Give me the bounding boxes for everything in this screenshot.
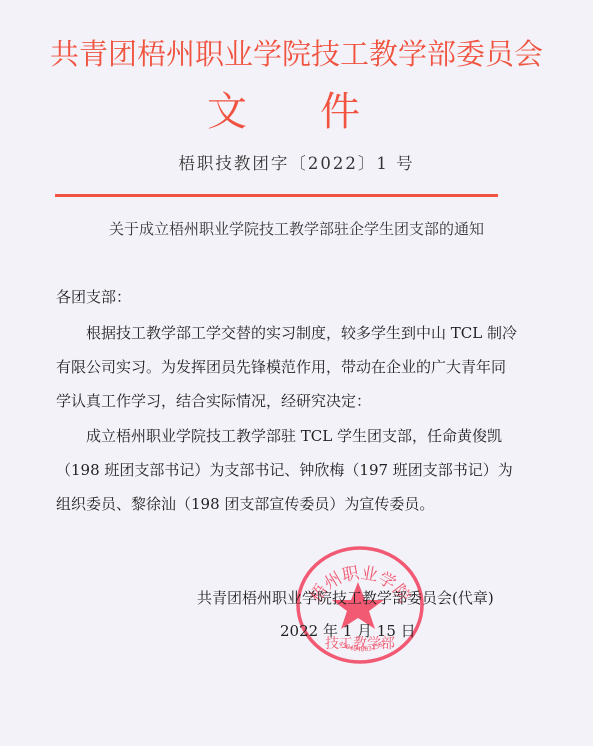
org-title: 共青团梧州职业学院技工教学部委员会: [0, 32, 593, 73]
paragraph1-line3: 学认真工作学习，结合实际情况，经研究决定：: [56, 390, 371, 411]
doc-subject: 关于成立梧州职业学院技工教学部驻企学生团支部的通知: [0, 218, 593, 239]
doc-type-char-2: 件: [320, 80, 360, 137]
salutation: 各团支部：: [56, 286, 131, 307]
red-divider: [55, 194, 498, 197]
doc-type-char-1: 文: [207, 80, 247, 137]
paragraph1-line1: 根据技工教学部工学交替的实习制度，较多学生到中山 TCL 制冷: [86, 322, 517, 343]
paragraph2-line2: （198 班团支部书记）为支部书记、钟欣梅（197 班团支部书记）为: [56, 459, 513, 480]
signature-line: 共青团梧州职业学院技工教学部委员会(代章): [197, 587, 494, 608]
paragraph2-line3: 组织委员、黎徐汕（198 团支部宣传委员）为宣传委员。: [56, 493, 434, 514]
issue-date: 2022 年 1 月 15 日: [280, 620, 416, 641]
doc-number: 梧职技教团字〔2022〕1 号: [0, 150, 593, 174]
paragraph1-line2: 有限公司实习。为发挥团员先锋模范作用，带动在企业的广大青年同: [56, 356, 506, 377]
paragraph2-line1: 成立梧州职业学院技工教学部驻 TCL 学生团支部，任命黄俊凯: [86, 425, 502, 446]
